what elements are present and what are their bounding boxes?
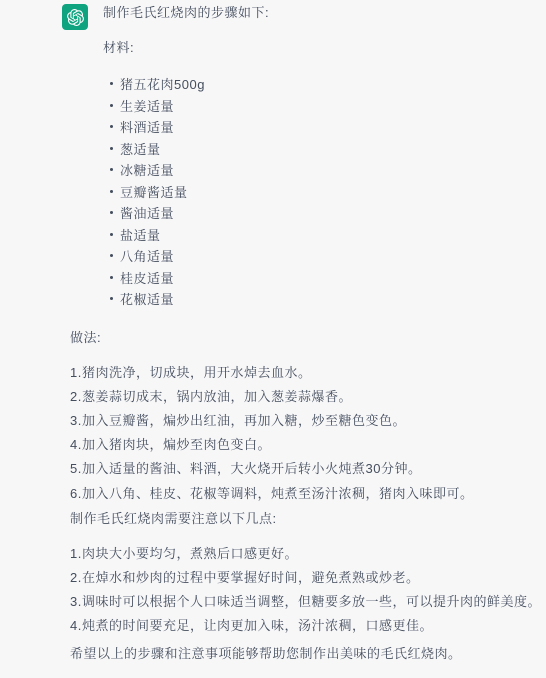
list-item: 生姜适量 xyxy=(103,96,546,118)
step-item: 3.加入豆瓣酱，煸炒出红油，再加入糖，炒至糖色变色。 xyxy=(70,409,546,433)
note-text: 肉块大小要均匀，煮熟后口感更好。 xyxy=(82,542,298,566)
ingredient-text: 桂皮适量 xyxy=(120,268,174,290)
list-item: 冰糖适量 xyxy=(103,160,546,182)
ingredient-text: 料酒适量 xyxy=(120,117,174,139)
list-item: 料酒适量 xyxy=(103,117,546,139)
ingredients-list: 猪五花肉500g 生姜适量 料酒适量 葱适量 冰糖适量 豆瓣酱适量 酱油适量 盐… xyxy=(103,74,546,311)
note-item: 3.调味时可以根据个人口味适当调整，但糖要多放一些，可以提升肉的鲜美度。 xyxy=(70,590,546,614)
ingredient-text: 猪五花肉500g xyxy=(120,74,205,96)
list-item: 八角适量 xyxy=(103,246,546,268)
list-item: 豆瓣酱适量 xyxy=(103,182,546,204)
step-text: 猪肉洗净，切成块，用开水焯去血水。 xyxy=(82,361,312,385)
bullet-icon xyxy=(110,82,113,85)
note-number: 1. xyxy=(70,542,82,566)
step-text: 加入豆瓣酱，煸炒出红油，再加入糖，炒至糖色变色。 xyxy=(82,409,406,433)
list-item: 桂皮适量 xyxy=(103,268,546,290)
ingredient-text: 八角适量 xyxy=(120,246,174,268)
chat-message-view: 制作毛氏红烧肉的步骤如下: 材料: 猪五花肉500g 生姜适量 料酒适量 葱适量… xyxy=(0,0,546,678)
note-number: 3. xyxy=(70,590,82,614)
list-item: 猪五花肉500g xyxy=(103,74,546,96)
step-item: 2.葱姜蒜切成末，锅内放油，加入葱姜蒜爆香。 xyxy=(70,385,546,409)
bullet-icon xyxy=(110,125,113,128)
note-number: 2. xyxy=(70,566,82,590)
steps-heading: 做法: xyxy=(70,329,546,347)
step-text: 加入适量的酱油、料酒，大火烧开后转小火炖煮30分钟。 xyxy=(82,457,421,481)
note-item: 4.炖煮的时间要充足，让肉更加入味，汤汁浓稠，口感更佳。 xyxy=(70,614,546,638)
notes-list: 1.肉块大小要均匀，煮熟后口感更好。 2.在焯水和炒肉的过程中要掌握好时间，避免… xyxy=(70,542,546,639)
bullet-icon xyxy=(110,147,113,150)
step-number: 2. xyxy=(70,385,82,409)
ingredient-text: 生姜适量 xyxy=(120,96,174,118)
ingredient-text: 冰糖适量 xyxy=(120,160,174,182)
step-number: 4. xyxy=(70,433,82,457)
bullet-icon xyxy=(110,297,113,300)
list-item: 花椒适量 xyxy=(103,289,546,311)
chatgpt-avatar xyxy=(62,4,88,30)
ingredient-text: 酱油适量 xyxy=(120,203,174,225)
note-text: 调味时可以根据个人口味适当调整，但糖要多放一些，可以提升肉的鲜美度。 xyxy=(82,590,541,614)
step-number: 3. xyxy=(70,409,82,433)
message-intro: 制作毛氏红烧肉的步骤如下: xyxy=(103,4,546,22)
bullet-icon xyxy=(110,190,113,193)
bullet-icon xyxy=(110,168,113,171)
list-item: 酱油适量 xyxy=(103,203,546,225)
ingredient-text: 盐适量 xyxy=(120,225,161,247)
step-number: 6. xyxy=(70,482,82,506)
ingredient-text: 葱适量 xyxy=(120,139,161,161)
notes-heading: 制作毛氏红烧肉需要注意以下几点: xyxy=(70,510,546,528)
step-number: 5. xyxy=(70,457,82,481)
step-item: 5.加入适量的酱油、料酒，大火烧开后转小火炖煮30分钟。 xyxy=(70,457,546,481)
bullet-icon xyxy=(110,254,113,257)
ingredient-text: 花椒适量 xyxy=(120,289,174,311)
bullet-icon xyxy=(110,276,113,279)
list-item: 盐适量 xyxy=(103,225,546,247)
message-section-steps: 做法: 1.猪肉洗净，切成块，用开水焯去血水。 2.葱姜蒜切成末，锅内放油，加入… xyxy=(70,329,546,663)
note-number: 4. xyxy=(70,614,82,638)
closing-text: 希望以上的步骤和注意事项能够帮助您制作出美味的毛氏红烧肉。 xyxy=(70,645,546,663)
note-item: 2.在焯水和炒肉的过程中要掌握好时间，避免煮熟或炒老。 xyxy=(70,566,546,590)
bullet-icon xyxy=(110,104,113,107)
note-text: 在焯水和炒肉的过程中要掌握好时间，避免煮熟或炒老。 xyxy=(82,566,420,590)
step-item: 6.加入八角、桂皮、花椒等调料，炖煮至汤汁浓稠，猪肉入味即可。 xyxy=(70,482,546,506)
bullet-icon xyxy=(110,233,113,236)
step-text: 加入猪肉块，煸炒至肉色变白。 xyxy=(82,433,271,457)
steps-list: 1.猪肉洗净，切成块，用开水焯去血水。 2.葱姜蒜切成末，锅内放油，加入葱姜蒜爆… xyxy=(70,361,546,506)
message-section-ingredients: 制作毛氏红烧肉的步骤如下: 材料: 猪五花肉500g 生姜适量 料酒适量 葱适量… xyxy=(103,0,546,311)
materials-heading: 材料: xyxy=(103,39,546,57)
openai-logo-icon xyxy=(67,9,84,26)
step-number: 1. xyxy=(70,361,82,385)
note-item: 1.肉块大小要均匀，煮熟后口感更好。 xyxy=(70,542,546,566)
ingredient-text: 豆瓣酱适量 xyxy=(120,182,188,204)
step-item: 1.猪肉洗净，切成块，用开水焯去血水。 xyxy=(70,361,546,385)
bullet-icon xyxy=(110,211,113,214)
note-text: 炖煮的时间要充足，让肉更加入味，汤汁浓稠，口感更佳。 xyxy=(82,614,433,638)
step-text: 加入八角、桂皮、花椒等调料，炖煮至汤汁浓稠，猪肉入味即可。 xyxy=(82,482,474,506)
list-item: 葱适量 xyxy=(103,139,546,161)
step-text: 葱姜蒜切成末，锅内放油，加入葱姜蒜爆香。 xyxy=(82,385,352,409)
step-item: 4.加入猪肉块，煸炒至肉色变白。 xyxy=(70,433,546,457)
